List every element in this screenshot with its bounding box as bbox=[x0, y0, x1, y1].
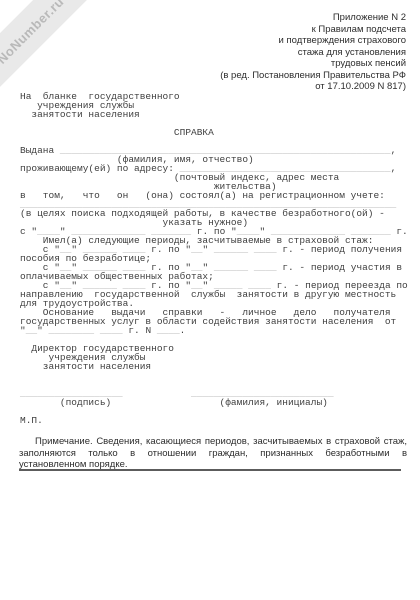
legal-reference-line: от 17.10.2009 N 817) bbox=[220, 81, 406, 93]
legal-reference-line: к Правилам подсчета bbox=[220, 24, 406, 36]
legal-reference-line: (в ред. Постановления Правительства РФ bbox=[220, 70, 406, 82]
certificate-form-body: На бланке государственного учреждения сл… bbox=[20, 92, 408, 425]
watermark-ribbon: NoNumber.ru bbox=[0, 0, 104, 104]
bottom-divider bbox=[19, 469, 401, 471]
legal-reference-line: Приложение N 2 bbox=[220, 12, 406, 24]
legal-reference-line: трудовых пенсий bbox=[220, 58, 406, 70]
legal-reference-line: и подтверждения страхового bbox=[220, 35, 406, 47]
legal-reference-line: стажа для установления bbox=[220, 47, 406, 59]
watermark-text: NoNumber.ru bbox=[0, 0, 66, 66]
legal-reference-block: Приложение N 2 к Правилам подсчета и под… bbox=[220, 12, 406, 93]
footnote-text: Примечание. Сведения, касающиеся периодо… bbox=[19, 436, 407, 471]
document-page: NoNumber.ru Приложение N 2 к Правилам по… bbox=[0, 0, 420, 600]
